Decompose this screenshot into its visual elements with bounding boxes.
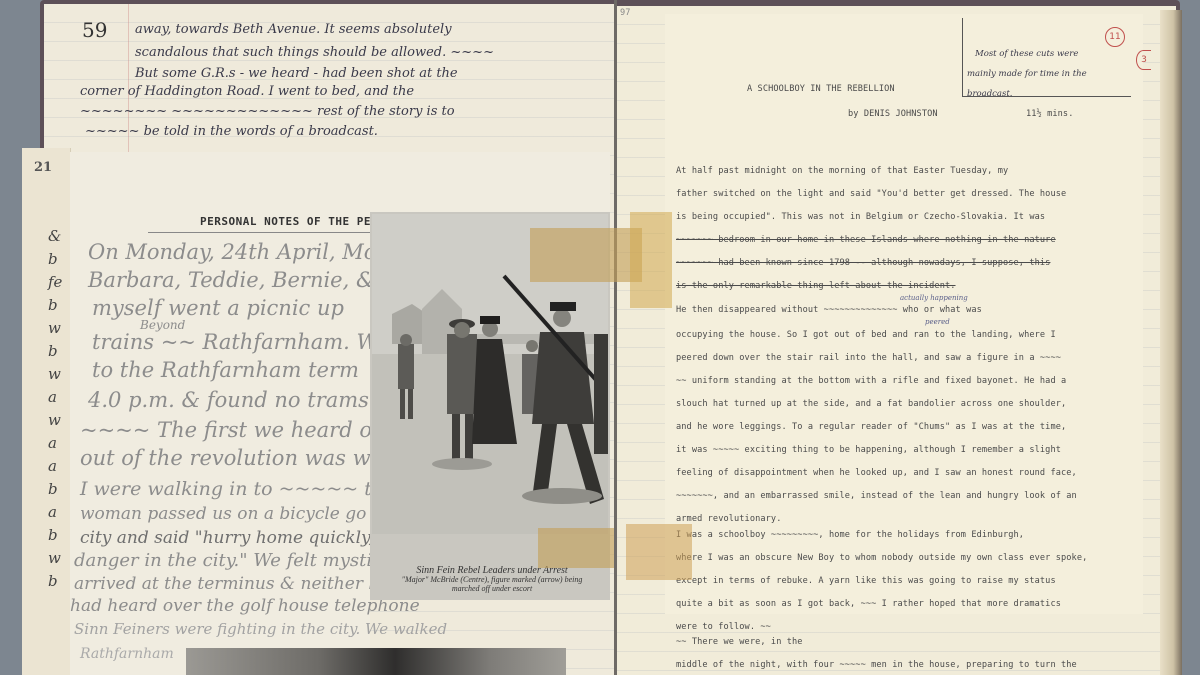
typescript-line: peered down over the stair rail into the… — [676, 353, 1061, 363]
typescript-line: I was a schoolboy ~~~~~~~~~, home for th… — [676, 530, 1024, 540]
pencil-line: trains ~~ Rathfarnham. We — [92, 330, 389, 354]
circled-number: 3 — [1136, 50, 1151, 70]
pencil-line: I were walking in to ~~~~~ the — [80, 478, 395, 500]
typescript-byline: by DENIS JOHNSTON — [848, 109, 938, 119]
typescript-line: occupying the house. So I got out of bed… — [676, 330, 1056, 340]
typescript-line: where I was an obscure New Boy to whom n… — [676, 553, 1087, 563]
typescript-line-struck: ~~~~~~~ bedroom in our home in these Isl… — [676, 235, 1056, 245]
pencil-line: out of the revolution was whe — [80, 446, 397, 470]
tape-strip — [626, 524, 692, 580]
caption-line: marched off under escort — [382, 584, 602, 593]
caption-line: "Major" McBride (Centre), figure marked … — [382, 575, 602, 584]
typescript-line: armed revolutionary. — [676, 514, 781, 524]
tab-number: 21 — [34, 160, 52, 175]
tape-strip — [630, 212, 672, 308]
typescript-line: father switched on the light and said "Y… — [676, 189, 1066, 199]
typescript-line: ~~~~~~~, and an embarrassed smile, inste… — [676, 491, 1077, 501]
tab-letters: & b fe b w b w a w a a b a b w b — [48, 225, 62, 593]
circled-number: 11 — [1105, 27, 1125, 47]
typescript-line: is being occupied". This was not in Belg… — [676, 212, 1045, 222]
typescript-line: quite a bit as soon as I got back, ~~~ I… — [676, 599, 1061, 609]
typescript-line: were to follow. ~~ — [676, 622, 771, 632]
handwritten-line: corner of Haddington Road. I went to bed… — [80, 84, 414, 99]
typescript-line: He then disappeared without ~~~~~~~~~~~~… — [676, 305, 982, 315]
typescript-title: A SCHOOLBOY IN THE REBELLION — [747, 84, 895, 94]
tab-letter: w — [48, 547, 62, 570]
tab-letter: w — [48, 363, 62, 386]
typescript-line: ~~ There we were, in the — [676, 637, 803, 647]
margin-note-line: Most of these cuts were — [975, 44, 1087, 64]
handwritten-line: ~~~~~ be told in the words of a broadcas… — [85, 124, 378, 139]
typescript-line: except in terms of rebuke. A yarn like t… — [676, 576, 1056, 586]
tape-strip — [538, 528, 614, 568]
bottom-photo-strip — [186, 648, 566, 675]
book-gutter — [614, 0, 617, 675]
pencil-line: Barbara, Teddie, Bernie, & — [88, 268, 375, 292]
pencil-line: arrived at the terminus & neither had — [74, 574, 400, 594]
typescript-line: and he wore leggings. To a regular reade… — [676, 422, 1066, 432]
typescript-line: feeling of disappointment when he looked… — [676, 468, 1077, 478]
margin-note-line: mainly made for time in the — [967, 64, 1087, 84]
pencil-line: danger in the city." We felt mystified — [74, 550, 406, 571]
handwritten-line: scandalous that such things should be al… — [135, 45, 494, 60]
tab-letter: w — [48, 409, 62, 432]
handwritten-line: ~~~~~~~~ ~~~~~~~~~~~~~ rest of the story… — [80, 104, 455, 119]
typescript-line: slouch hat turned up at the side, and a … — [676, 399, 1066, 409]
tab-letter: a — [48, 386, 62, 409]
pencil-line: woman passed us on a bicycle go — [80, 504, 366, 524]
photo-caption: Sinn Fein Rebel Leaders under Arrest "Ma… — [382, 566, 602, 593]
tab-letter: b — [48, 478, 62, 501]
typescript-line: At half past midnight on the morning of … — [676, 166, 1008, 176]
margin-note: Most of these cuts were mainly made for … — [975, 44, 1087, 104]
tape-strip — [530, 228, 642, 282]
page-edges — [1160, 10, 1182, 675]
handwritten-line: But some G.R.s - we heard - had been sho… — [135, 66, 458, 81]
tab-letter: fe — [48, 271, 62, 294]
tab-letter: a — [48, 455, 62, 478]
interlinear-annotation: actually happening — [900, 294, 968, 302]
tab-letter: & — [48, 225, 62, 248]
typescript-line: it was ~~~~~ exciting thing to be happen… — [676, 445, 1061, 455]
personal-notes-header: PERSONAL NOTES OF THE PE — [200, 215, 371, 228]
pencil-line: to the Rathfarnham term — [92, 358, 359, 382]
header-rule — [148, 232, 370, 233]
tab-letter: b — [48, 248, 62, 271]
pencil-line: Sinn Feiners were fighting in the city. … — [74, 620, 447, 638]
typescript-line-struck: ~~~~~~~ had been known since 1798 -- alt… — [676, 258, 1050, 268]
pencil-line: myself went a picnic up — [92, 296, 344, 320]
corner-number: 97 — [620, 8, 631, 18]
interlinear-annotation: peered — [925, 318, 950, 326]
pencil-line: Rathfarnham — [80, 646, 174, 662]
duration: 11½ mins. — [1026, 109, 1073, 119]
page-number: 59 — [82, 18, 107, 42]
tab-letter: w — [48, 317, 62, 340]
tab-letter: b — [48, 340, 62, 363]
typescript-line: ~~ uniform standing at the bottom with a… — [676, 376, 1066, 386]
pasted-tab-strip — [22, 148, 71, 675]
tab-letter: a — [48, 432, 62, 455]
margin-note-line: broadcast. — [967, 84, 1087, 104]
tab-letter: a — [48, 501, 62, 524]
typescript-line-struck: is the only remarkable thing left about … — [676, 281, 956, 291]
pencil-line: had heard over the golf house telephone — [70, 596, 420, 616]
pencil-line: 4.0 p.m. & found no trams — [88, 388, 369, 412]
typescript-line: middle of the night, with four ~~~~~ men… — [676, 660, 1077, 670]
handwritten-line: away, towards Beth Avenue. It seems abso… — [135, 22, 452, 37]
tab-letter: b — [48, 524, 62, 547]
tab-letter: b — [48, 570, 62, 593]
tab-letter: b — [48, 294, 62, 317]
pencil-line: city and said "hurry home quickly, — [80, 528, 374, 548]
